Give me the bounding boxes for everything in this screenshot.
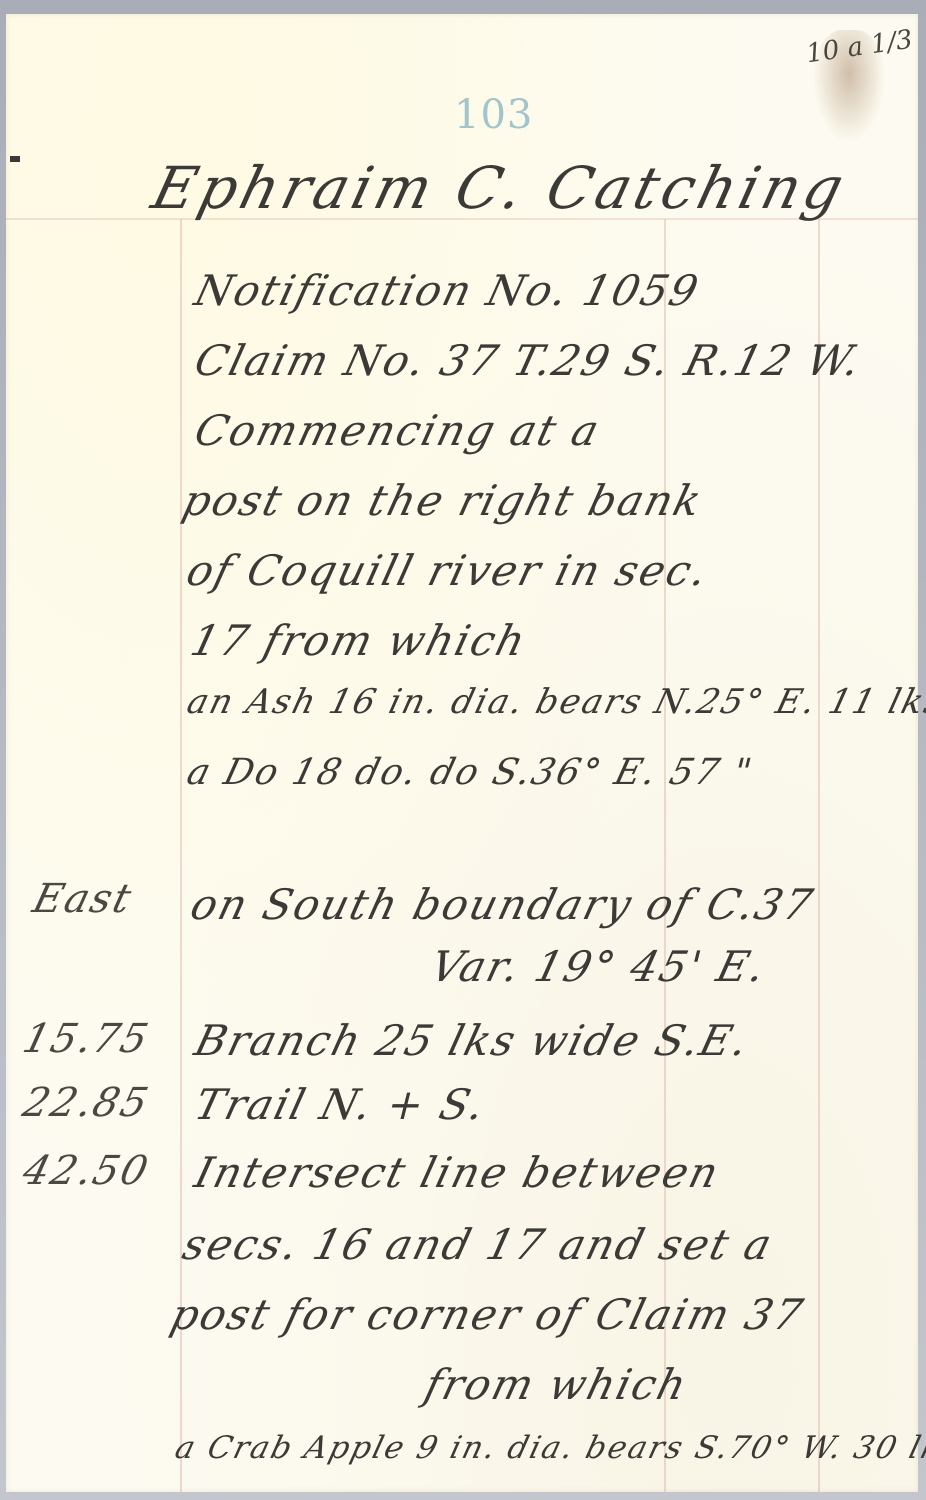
body-line: post on the right bank (178, 476, 708, 525)
margin-distance: 15.75 (18, 1016, 154, 1062)
margin-distance: 42.50 (18, 1148, 154, 1194)
body-line: secs. 16 and 17 and set a (178, 1220, 778, 1269)
body-line: on South boundary of C.37 (186, 880, 819, 929)
body-line: Notification No. 1059 (190, 266, 705, 315)
body-line: 17 from which (186, 616, 532, 665)
margin-distance: 22.85 (18, 1080, 154, 1126)
page-number-stamp: 103 (454, 92, 533, 138)
body-line: from which (420, 1360, 693, 1409)
margin-direction: East (28, 876, 137, 922)
body-line: Trail N. + S. (190, 1080, 491, 1129)
binder-mark (10, 156, 20, 162)
body-line: a Crab Apple 9 in. dia. bears S.70° W. 3… (172, 1430, 926, 1466)
body-line: an Ash 16 in. dia. bears N.25° E. 11 lks… (183, 682, 926, 722)
body-line: Claim No. 37 T.29 S. R.12 W. (190, 336, 867, 385)
document-page: 103 10 a 1/3 Ephraim C. Catching Notific… (6, 14, 918, 1492)
body-line: Intersect line between (190, 1148, 725, 1197)
body-line: post for corner of Claim 37 (166, 1290, 809, 1339)
claimant-name: Ephraim C. Catching (146, 154, 854, 222)
body-line: Var. 19° 45' E. (426, 942, 772, 991)
body-line: of Coquill river in sec. (182, 546, 714, 595)
body-line: a Do 18 do. do S.36° E. 57 " (183, 752, 758, 793)
column-rule (818, 219, 820, 1492)
body-line: Branch 25 lks wide S.E. (190, 1016, 755, 1065)
body-line: Commencing at a (190, 406, 606, 455)
